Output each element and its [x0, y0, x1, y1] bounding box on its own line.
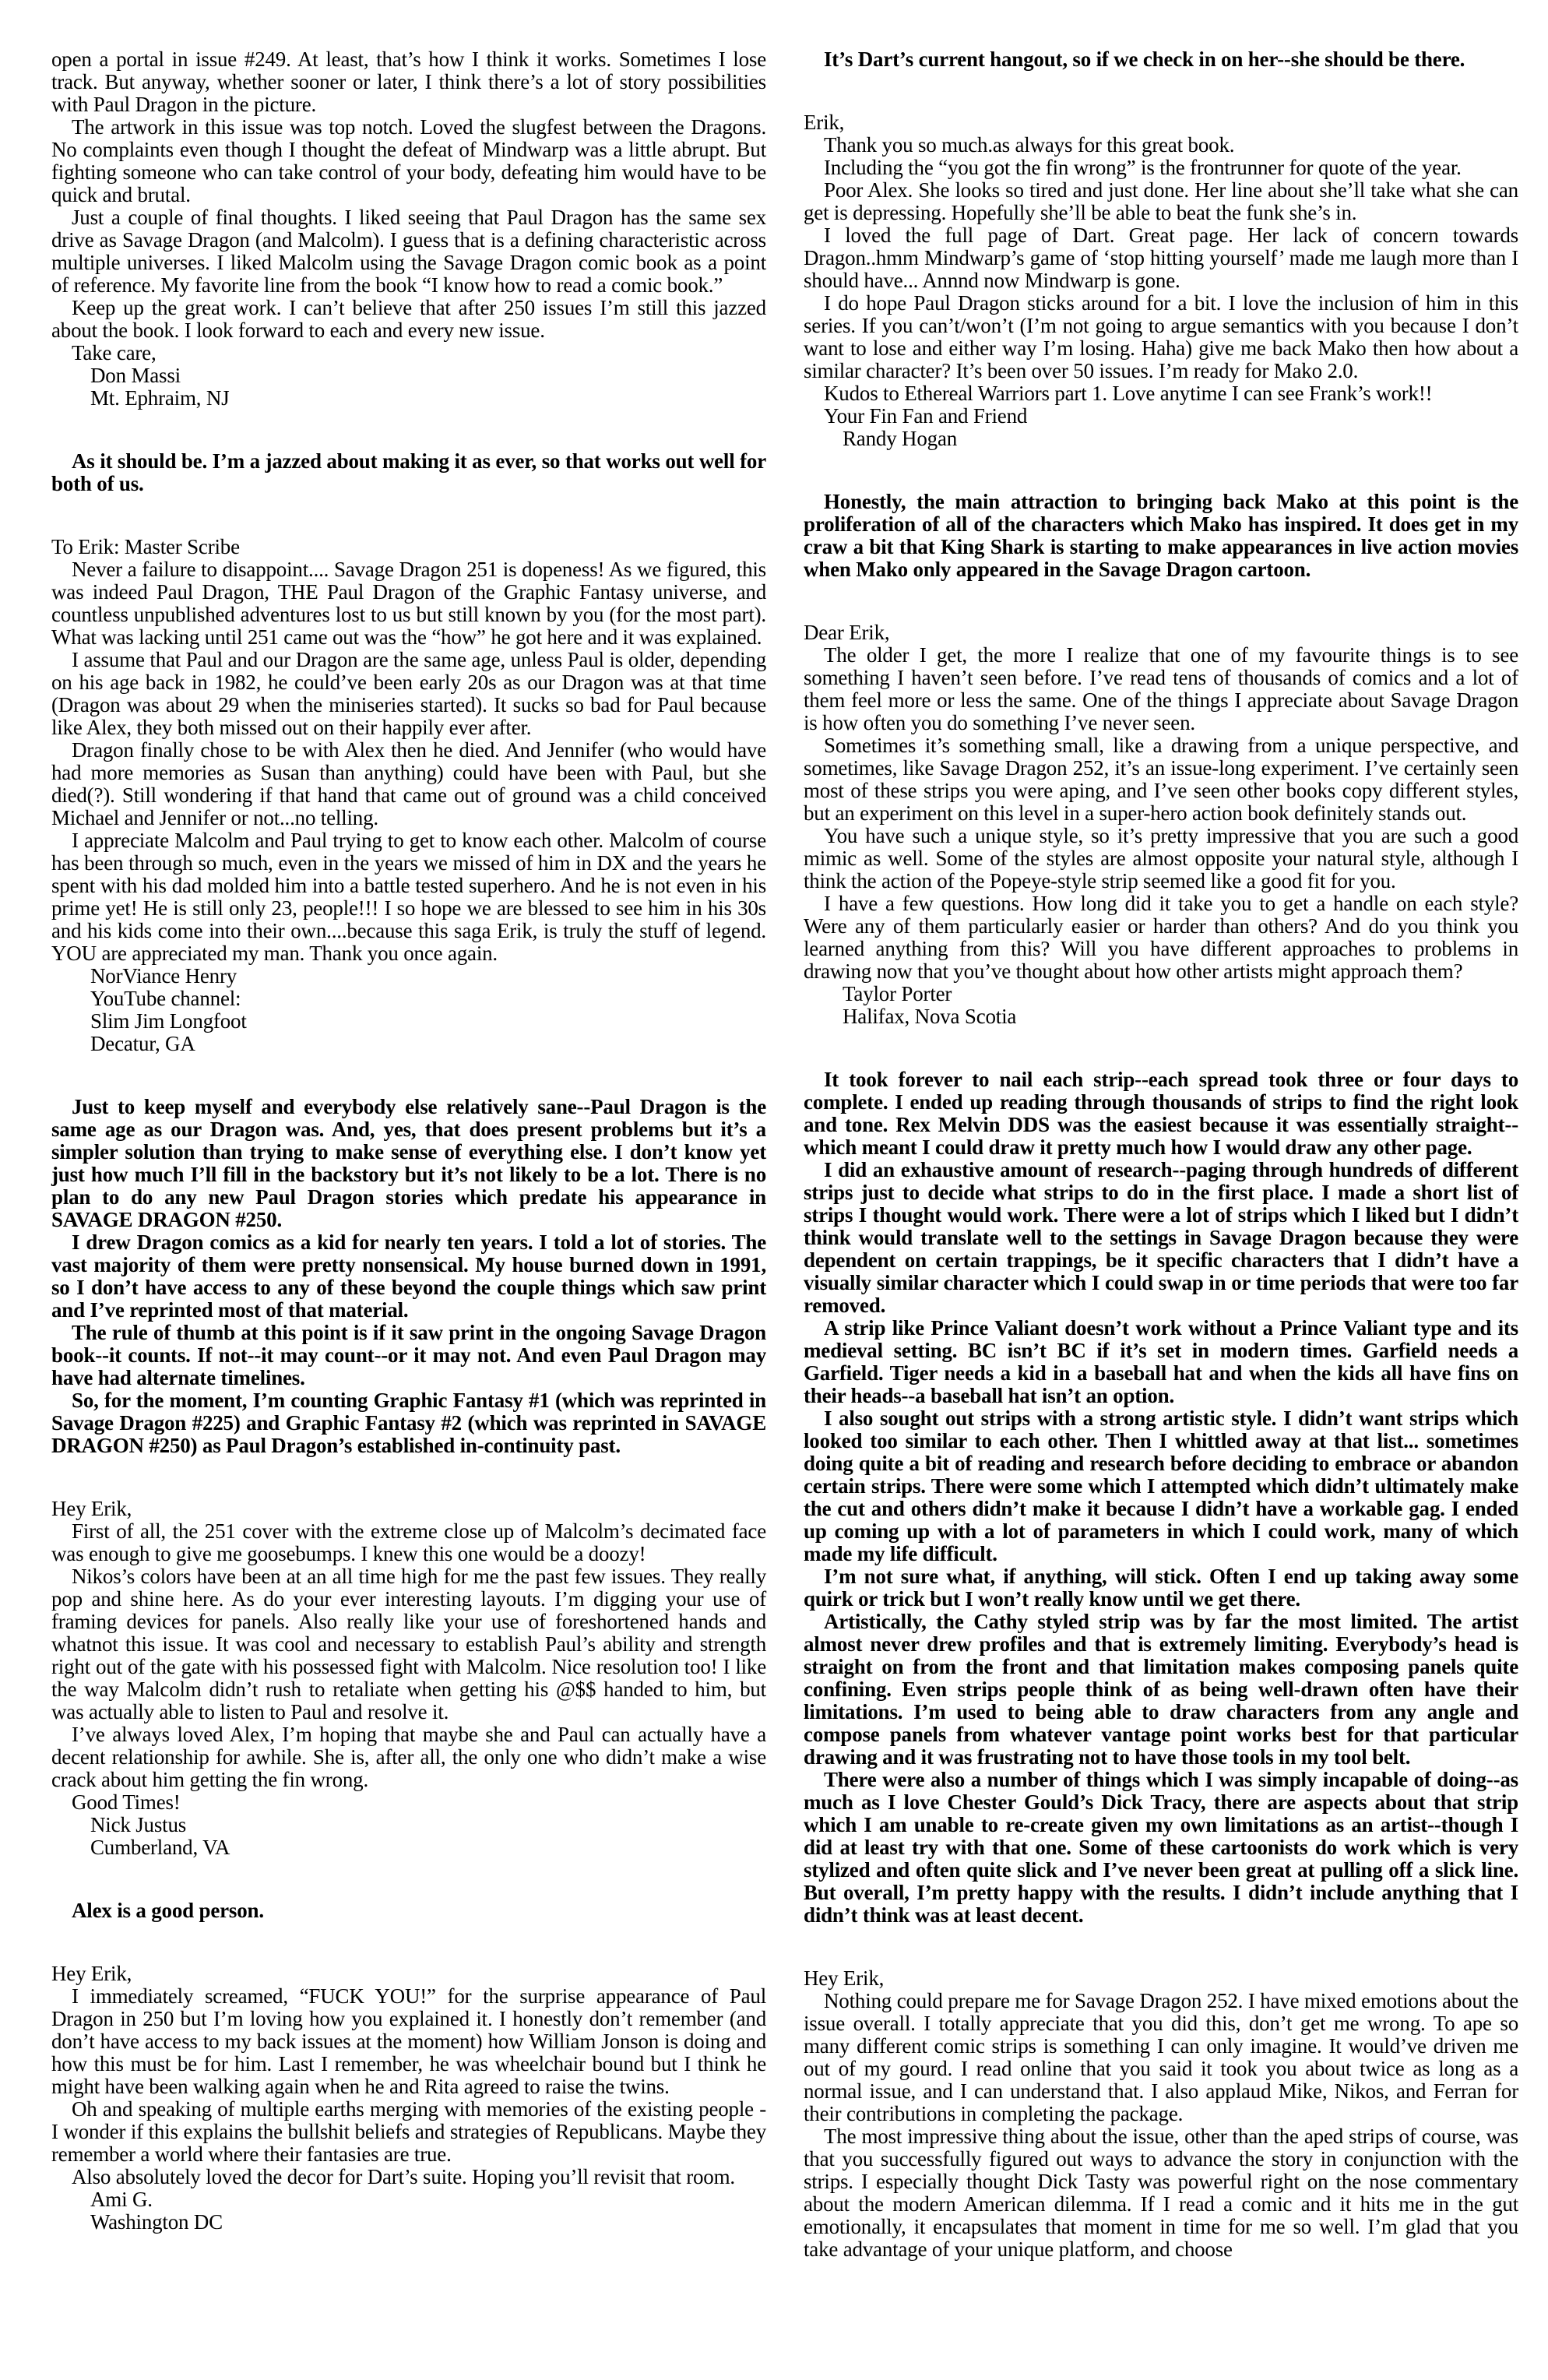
column-gap — [804, 450, 1518, 491]
letter-paragraph: The most impressive thing about the issu… — [804, 2125, 1518, 2261]
letter-paragraph: Nikos’s colors have been at an all time … — [51, 1565, 766, 1723]
letter-paragraph: Hey Erik, — [804, 1967, 1518, 1990]
editor-reply-paragraph: Just to keep myself and everybody else r… — [51, 1096, 766, 1231]
letter-paragraph: I’ve always loved Alex, I’m hoping that … — [51, 1723, 766, 1791]
editor-reply-paragraph: As it should be. I’m a jazzed about maki… — [51, 450, 766, 495]
column-gap — [51, 1859, 766, 1899]
signature-line: NorViance Henry — [51, 965, 766, 988]
editor-reply-paragraph: Honestly, the main attraction to bringin… — [804, 491, 1518, 581]
column-gap — [51, 1457, 766, 1498]
letter-paragraph: Hey Erik, — [51, 1498, 766, 1520]
signature-line: Take care, — [51, 342, 766, 364]
editor-reply-paragraph: So, for the moment, I’m counting Graphic… — [51, 1389, 766, 1457]
editor-reply-paragraph: Alex is a good person. — [51, 1899, 766, 1922]
letter-paragraph: Hey Erik, — [51, 1963, 766, 1985]
editor-reply-paragraph: I did an exhaustive amount of research--… — [804, 1159, 1518, 1317]
letter-paragraph: Thank you so much.as always for this gre… — [804, 134, 1518, 157]
letter-paragraph: Never a failure to disappoint.... Savage… — [51, 558, 766, 649]
letter-paragraph: Sometimes it’s something small, like a d… — [804, 734, 1518, 825]
letter-paragraph: The older I get, the more I realize that… — [804, 644, 1518, 734]
letter-paragraph: Nothing could prepare me for Savage Drag… — [804, 1990, 1518, 2125]
right-column: It’s Dart’s current hangout, so if we ch… — [804, 48, 1518, 2364]
letter-paragraph: Dragon finally chose to be with Alex the… — [51, 739, 766, 829]
editor-reply-paragraph: Artistically, the Cathy styled strip was… — [804, 1611, 1518, 1769]
letter-paragraph: open a portal in issue #249. At least, t… — [51, 48, 766, 116]
letter-paragraph: Also absolutely loved the decor for Dart… — [51, 2166, 766, 2188]
column-gap — [51, 1922, 766, 1963]
signature-line: Don Massi — [51, 364, 766, 387]
column-gap — [51, 410, 766, 450]
letter-paragraph: Oh and speaking of multiple earths mergi… — [51, 2098, 766, 2166]
signature-line: Taylor Porter — [804, 983, 1518, 1005]
editor-reply-paragraph: The rule of thumb at this point is if it… — [51, 1322, 766, 1389]
column-gap — [51, 1055, 766, 1096]
column-gap — [804, 581, 1518, 621]
editor-reply-paragraph: It took forever to nail each strip--each… — [804, 1069, 1518, 1159]
left-column: open a portal in issue #249. At least, t… — [51, 48, 766, 2364]
signature-line: Randy Hogan — [804, 428, 1518, 450]
column-gap — [51, 495, 766, 536]
signature-line: Slim Jim Longfoot — [51, 1010, 766, 1033]
signature-line: Mt. Ephraim, NJ — [51, 387, 766, 410]
signature-line: Decatur, GA — [51, 1033, 766, 1055]
letter-paragraph: I loved the full page of Dart. Great pag… — [804, 224, 1518, 292]
letters-page: open a portal in issue #249. At least, t… — [0, 0, 1548, 2380]
signature-line: Good Times! — [51, 1791, 766, 1814]
editor-reply-paragraph: I’m not sure what, if anything, will sti… — [804, 1565, 1518, 1611]
letter-paragraph: I do hope Paul Dragon sticks around for … — [804, 292, 1518, 382]
editor-reply-paragraph: A strip like Prince Valiant doesn’t work… — [804, 1317, 1518, 1407]
letter-paragraph: I appreciate Malcolm and Paul trying to … — [51, 829, 766, 965]
letter-paragraph: Including the “you got the fin wrong” is… — [804, 157, 1518, 179]
letter-paragraph: I have a few questions. How long did it … — [804, 892, 1518, 983]
editor-reply-paragraph: I drew Dragon comics as a kid for nearly… — [51, 1231, 766, 1322]
signature-line: Cumberland, VA — [51, 1836, 766, 1859]
signature-line: Nick Justus — [51, 1814, 766, 1836]
signature-line: Your Fin Fan and Friend — [804, 405, 1518, 428]
letter-paragraph: To Erik: Master Scribe — [51, 536, 766, 558]
letter-paragraph: First of all, the 251 cover with the ext… — [51, 1520, 766, 1565]
letter-paragraph: Kudos to Ethereal Warriors part 1. Love … — [804, 382, 1518, 405]
letter-paragraph: You have such a unique style, so it’s pr… — [804, 825, 1518, 892]
editor-reply-paragraph: I also sought out strips with a strong a… — [804, 1407, 1518, 1565]
column-gap — [804, 1927, 1518, 1967]
signature-line: Washington DC — [51, 2211, 766, 2234]
letter-paragraph: I immediately screamed, “FUCK YOU!” for … — [51, 1985, 766, 2098]
letter-paragraph: Keep up the great work. I can’t believe … — [51, 297, 766, 342]
letter-paragraph: Just a couple of final thoughts. I liked… — [51, 206, 766, 297]
editor-reply-paragraph: There were also a number of things which… — [804, 1769, 1518, 1927]
letter-paragraph: Erik, — [804, 111, 1518, 134]
letter-paragraph: Dear Erik, — [804, 621, 1518, 644]
signature-line: Halifax, Nova Scotia — [804, 1005, 1518, 1028]
editor-reply-paragraph: It’s Dart’s current hangout, so if we ch… — [804, 48, 1518, 71]
column-gap — [804, 1028, 1518, 1069]
letter-paragraph: Poor Alex. She looks so tired and just d… — [804, 179, 1518, 224]
column-gap — [804, 71, 1518, 111]
signature-line: Ami G. — [51, 2188, 766, 2211]
letter-paragraph: I assume that Paul and our Dragon are th… — [51, 649, 766, 739]
signature-line: YouTube channel: — [51, 988, 766, 1010]
letter-paragraph: The artwork in this issue was top notch.… — [51, 116, 766, 206]
